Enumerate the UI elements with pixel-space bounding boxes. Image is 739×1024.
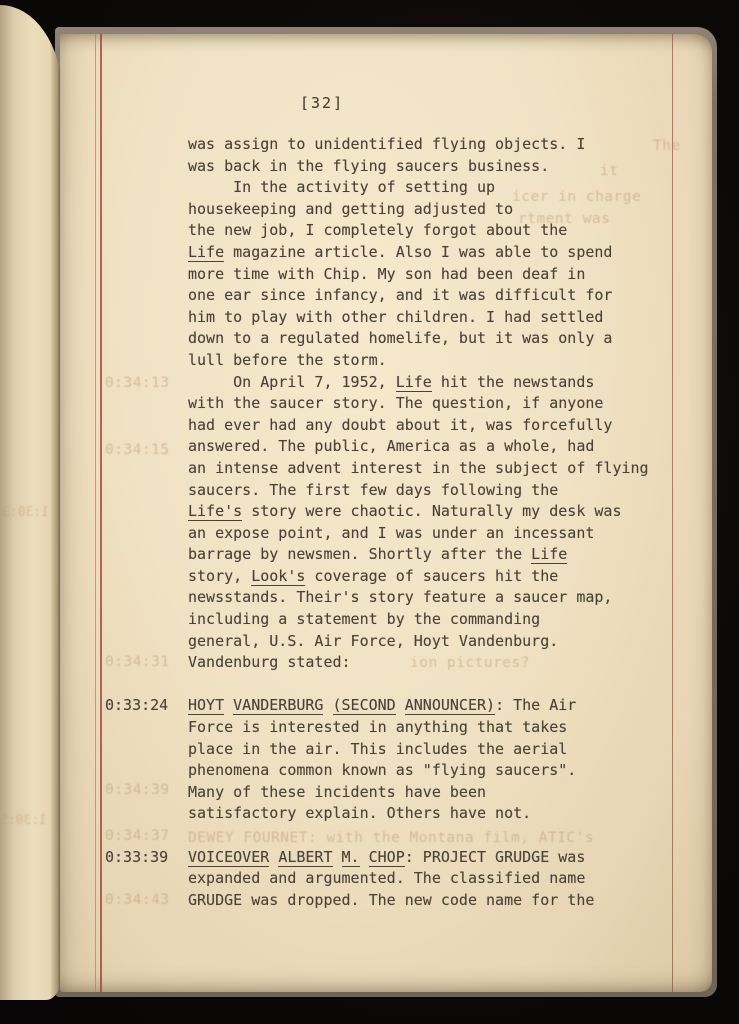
text-segment: story were chaotic. Naturally my desk wa… [242, 502, 621, 520]
text-segment: satisfactory explain. Others have not. [188, 804, 531, 822]
text-segment: Vandenburg stated: [188, 653, 351, 671]
text-line: with the saucer story. The question, if … [188, 393, 649, 415]
ghost-bleedthrough-text: ion pictures? [410, 655, 530, 671]
ghost-bleedthrough-text: rtment was [518, 211, 610, 227]
text-line: expanded and argumented. The classified … [188, 868, 649, 890]
ghost-bleedthrough-text: icer in charge [512, 189, 641, 205]
text-line: phenomena common known as "flying saucer… [188, 760, 649, 782]
text-segment: magazine article. Also I was able to spe… [224, 243, 612, 261]
underlined-text: ANNOUNCER) [405, 696, 495, 715]
text-segment: answered. The public, America as a whole… [188, 437, 594, 455]
text-segment: newsstands. Their's story feature a sauc… [188, 588, 612, 606]
text-segment: had ever had any doubt about it, was for… [188, 416, 612, 434]
text-line: an intense advent interest in the subjec… [188, 458, 649, 480]
ghost-bleedthrough-text: 0:34:43 [105, 892, 170, 908]
text-line: down to a regulated homelife, but it was… [188, 328, 649, 350]
text-line: Life magazine article. Also I was able t… [188, 242, 649, 264]
underlined-text: M. [342, 848, 360, 867]
text-segment [323, 696, 332, 714]
text-segment [360, 848, 369, 866]
underlined-text: VANDERBURG [233, 696, 323, 715]
text-line: barrage by newsmen. Shortly after the Li… [188, 544, 649, 566]
text-line: Force is interested in anything that tak… [188, 717, 649, 739]
text-line: including a statement by the commanding [188, 609, 649, 631]
text-segment: with the saucer story. The question, if … [188, 394, 603, 412]
text-block: 0:33:24HOYT VANDERBURG (SECOND ANNOUNCER… [188, 695, 649, 825]
text-segment: the new job, I completely forgot about t… [188, 221, 567, 239]
text-segment: In the activity of setting up [188, 178, 495, 196]
underlined-text: Life's [188, 502, 242, 521]
text-line: more time with Chip. My son had been dea… [188, 264, 649, 286]
text-segment: On April 7, 1952, [188, 373, 396, 391]
text-segment: down to a regulated homelife, but it was… [188, 329, 612, 347]
text-line: On April 7, 1952, Life hit the newstands [188, 372, 649, 394]
ghost-bleedthrough-text: 0:34:37 [105, 828, 170, 844]
right-margin-line [672, 34, 673, 992]
curled-previous-page: 1:30:31:30:5 [0, 5, 62, 1000]
ghost-bleedthrough-text: 0:34:31 [105, 654, 170, 670]
text-line: story, Look's coverage of saucers hit th… [188, 566, 649, 588]
text-segment: story, [188, 567, 251, 585]
document-page: [32] was assign to unidentified flying o… [60, 34, 712, 992]
mirrored-ghost-text: 1:30:5 [0, 813, 47, 828]
text-segment: saucers. The first few days following th… [188, 481, 558, 499]
photo-of-script-page: { "photo": { "background_color": "#0c0a0… [0, 0, 739, 1024]
underlined-text: VOICEOVER [188, 848, 269, 867]
text-line: had ever had any doubt about it, was for… [188, 415, 649, 437]
text-segment: general, U.S. Air Force, Hoyt Vandenburg… [188, 632, 558, 650]
text-line: GRUDGE was dropped. The new code name fo… [188, 890, 649, 912]
text-line: Many of these incidents have been [188, 782, 649, 804]
ghost-bleedthrough-text: 0:34:15 [105, 442, 170, 458]
left-margin-line-outer [95, 34, 96, 992]
text-segment: including a statement by the commanding [188, 610, 540, 628]
text-segment [396, 696, 405, 714]
timecode: 0:33:24 [105, 695, 168, 717]
text-segment: more time with Chip. My son had been dea… [188, 265, 585, 283]
text-line: newsstands. Their's story feature a sauc… [188, 587, 649, 609]
underlined-text: ALBERT [278, 848, 332, 867]
underlined-text: HOYT [188, 696, 224, 715]
text-segment [333, 848, 342, 866]
text-block: 0:33:39VOICEOVER ALBERT M. CHOP: PROJECT… [188, 847, 649, 912]
ghost-bleedthrough-text: 0:34:39 [105, 782, 170, 798]
ghost-bleedthrough-text: 0:34:13 [105, 375, 170, 391]
mirrored-ghost-text: 1:30:3 [2, 505, 49, 520]
text-segment [269, 848, 278, 866]
underlined-text: Look's [251, 567, 305, 586]
ghost-bleedthrough-text: The [653, 138, 681, 154]
text-line: Life's story were chaotic. Naturally my … [188, 501, 649, 523]
text-line: was assign to unidentified flying object… [188, 134, 649, 156]
timecode: 0:33:39 [105, 847, 168, 869]
text-segment: : The Air [495, 696, 576, 714]
text-line: 0:33:39VOICEOVER ALBERT M. CHOP: PROJECT… [188, 847, 649, 869]
text-segment: lull before the storm. [188, 351, 387, 369]
text-segment: was assign to unidentified flying object… [188, 135, 585, 153]
ghost-bleedthrough-text: DEWEY FOURNET: with the Montana film, AT… [188, 830, 594, 846]
text-segment: place in the air. This includes the aeri… [188, 740, 567, 758]
text-line: was back in the flying saucers business. [188, 156, 649, 178]
underlined-text: CHOP [369, 848, 405, 867]
left-margin-line-inner [100, 34, 102, 992]
text-line: place in the air. This includes the aeri… [188, 739, 649, 761]
text-segment: phenomena common known as "flying saucer… [188, 761, 576, 779]
text-segment: housekeeping and getting adjusted to [188, 200, 513, 218]
text-line: lull before the storm. [188, 350, 649, 372]
text-line: general, U.S. Air Force, Hoyt Vandenburg… [188, 631, 649, 653]
text-segment: an intense advent interest in the subjec… [188, 459, 649, 477]
text-line: satisfactory explain. Others have not. [188, 803, 649, 825]
typewritten-text: was assign to unidentified flying object… [188, 134, 649, 911]
text-line: answered. The public, America as a whole… [188, 436, 649, 458]
text-segment: an expose point, and I was under an ince… [188, 524, 594, 542]
text-segment: expanded and argumented. The classified … [188, 869, 585, 887]
text-line: an expose point, and I was under an ince… [188, 523, 649, 545]
text-segment: Force is interested in anything that tak… [188, 718, 567, 736]
text-segment: : PROJECT GRUDGE was [405, 848, 586, 866]
text-line: 0:33:24HOYT VANDERBURG (SECOND ANNOUNCER… [188, 695, 649, 717]
text-segment: was back in the flying saucers business. [188, 157, 549, 175]
underlined-text: Life [188, 243, 224, 262]
underlined-text: (SECOND [333, 696, 396, 715]
page-number: [32] [300, 94, 344, 112]
text-segment: one ear since infancy, and it was diffic… [188, 286, 612, 304]
text-segment: Many of these incidents have been [188, 783, 486, 801]
text-line: one ear since infancy, and it was diffic… [188, 285, 649, 307]
ghost-bleedthrough-text: it [600, 163, 618, 179]
text-segment: him to play with other children. I had s… [188, 308, 603, 326]
underlined-text: Life [531, 545, 567, 564]
text-segment [224, 696, 233, 714]
text-line: him to play with other children. I had s… [188, 307, 649, 329]
text-segment: barrage by newsmen. Shortly after the [188, 545, 531, 563]
underlined-text: Life [396, 373, 432, 392]
text-line: saucers. The first few days following th… [188, 480, 649, 502]
text-segment: hit the newstands [432, 373, 595, 391]
text-segment: GRUDGE was dropped. The new code name fo… [188, 891, 594, 909]
text-segment: coverage of saucers hit the [305, 567, 558, 585]
